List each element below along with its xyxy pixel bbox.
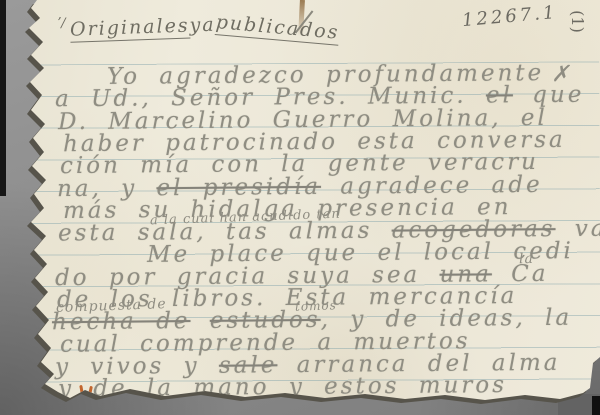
scanner-edge-bottom-right	[592, 396, 600, 415]
insert-annotation: ✗	[551, 62, 571, 88]
scanner-edge-left	[0, 0, 6, 196]
insert-annotation: tomos	[295, 298, 337, 313]
manuscript-lines: Yo agradezco profundamentea Ud., Señor P…	[0, 0, 600, 415]
manuscript-page: ʼ/ Originales ya publicados 12267.1 (1) …	[0, 0, 600, 415]
insert-annotation: la	[519, 251, 534, 268]
